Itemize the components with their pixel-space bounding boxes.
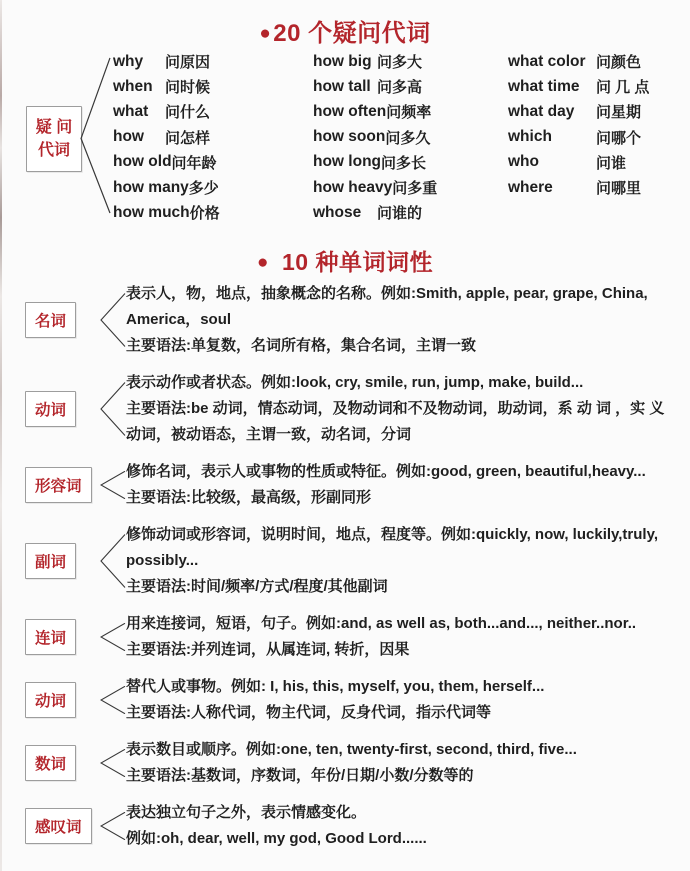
qword-row: how问怎样 bbox=[113, 125, 220, 150]
brace-lines-icon bbox=[100, 382, 126, 436]
pos-item: 感叹词表达独立句子之外，表示情感变化。例如:oh, dear, well, my… bbox=[0, 800, 690, 852]
qword-row: how old问年龄 bbox=[113, 150, 220, 175]
category-label-line1: 疑 问 bbox=[36, 116, 72, 139]
qword-zh: 问谁的 bbox=[377, 202, 422, 223]
qword-column-1: why问原因when问时候what问什么how问怎样how old问年龄how … bbox=[113, 49, 220, 225]
section2-title-text: 10 种单词词性 bbox=[282, 249, 433, 275]
qword-en: how tall bbox=[313, 78, 377, 96]
definition-line: 表示人，物，地点，抽象概念的名称。例如:Smith, apple, pear, … bbox=[126, 281, 690, 307]
definition-line: America，soul bbox=[126, 307, 690, 333]
qword-zh: 问哪里 bbox=[596, 177, 641, 198]
qword-en: which bbox=[508, 128, 596, 146]
grammar-worksheet-page: ●20 个疑问代词 疑 问 代词 why问原因when问时候what问什么how… bbox=[0, 0, 690, 852]
pos-box: 副词 bbox=[25, 543, 76, 579]
qword-zh: 问频率 bbox=[386, 101, 431, 122]
qword-en: what color bbox=[508, 53, 596, 71]
qword-en: when bbox=[113, 78, 165, 96]
bracket-col bbox=[100, 611, 126, 663]
pos-item: 形容词修饰名词，表示人或事物的性质或特征。例如:good, green, bea… bbox=[0, 459, 690, 511]
qword-row: how often问频率 bbox=[313, 99, 437, 124]
qword-zh: 多少 bbox=[189, 177, 219, 198]
pos-label-col: 感叹词 bbox=[0, 808, 100, 844]
qword-row: how long问多长 bbox=[313, 150, 437, 175]
qword-zh: 问谁 bbox=[596, 152, 626, 173]
section2-title: ●10 种单词词性 bbox=[0, 244, 690, 277]
definition-line: 用来连接词，短语，句子。例如:and, as well as, both...a… bbox=[126, 611, 690, 637]
pos-label: 名词 bbox=[35, 313, 66, 330]
qword-zh: 问颜色 bbox=[596, 51, 641, 72]
interrogative-category-box: 疑 问 代词 bbox=[26, 106, 82, 172]
definition-line: 主要语法:并列连词，从属连词, 转折，因果 bbox=[126, 637, 690, 663]
qword-zh: 问原因 bbox=[165, 51, 210, 72]
pos-item: 动词表示动作或者状态。例如:look, cry, smile, run, jum… bbox=[0, 370, 690, 448]
qword-en: how heavy bbox=[313, 179, 392, 197]
brace-lines-icon bbox=[100, 623, 126, 651]
definition-line: 动词，被动语态，主谓一致，动名词，分词 bbox=[126, 422, 690, 448]
qword-en: how often bbox=[313, 103, 386, 121]
definition-line: 主要语法:比较级，最高级，形副同形 bbox=[126, 485, 690, 511]
bracket-col bbox=[100, 522, 126, 600]
category-label-line2: 代词 bbox=[38, 139, 70, 162]
qword-zh: 问多高 bbox=[377, 76, 422, 97]
qword-row: how soon问多久 bbox=[313, 125, 437, 150]
qword-zh: 问多久 bbox=[385, 127, 430, 148]
pos-item: 连词用来连接词，短语，句子。例如:and, as well as, both..… bbox=[0, 611, 690, 663]
pos-box: 感叹词 bbox=[25, 808, 92, 844]
bullet-icon: ● bbox=[257, 252, 269, 274]
pos-text: 表示人，物，地点，抽象概念的名称。例如:Smith, apple, pear, … bbox=[126, 281, 690, 359]
pos-box: 数词 bbox=[25, 745, 76, 781]
qword-zh: 问星期 bbox=[596, 101, 641, 122]
bracket-col bbox=[100, 800, 126, 852]
pos-text: 修饰名词，表示人或事物的性质或特征。例如:good, green, beauti… bbox=[126, 459, 690, 511]
qword-row: whose问谁的 bbox=[313, 200, 437, 225]
qword-zh: 问什么 bbox=[165, 101, 210, 122]
definition-line: 表示数目或顺序。例如:one, ten, twenty-first, secon… bbox=[126, 737, 690, 763]
pos-box: 连词 bbox=[25, 619, 76, 655]
pos-box: 形容词 bbox=[25, 467, 92, 503]
qword-column-3: what color问颜色what time问 几 点what day问星期wh… bbox=[508, 49, 649, 200]
qword-en: how long bbox=[313, 153, 381, 171]
pos-text: 用来连接词，短语，句子。例如:and, as well as, both...a… bbox=[126, 611, 690, 663]
definition-line: 表达独立句子之外，表示情感变化。 bbox=[126, 800, 690, 826]
qword-row: when问时候 bbox=[113, 74, 220, 99]
qword-en: how old bbox=[113, 153, 172, 171]
definition-line: 修饰动词或形容词，说明时间，地点，程度等。例如:quickly, now, lu… bbox=[126, 522, 690, 548]
definition-line: 主要语法:基数词，序数词，年份/日期/小数/分数等的 bbox=[126, 763, 690, 789]
pos-label-col: 动词 bbox=[0, 391, 100, 427]
bracket-col bbox=[100, 281, 126, 359]
pos-label-col: 名词 bbox=[0, 302, 100, 338]
pos-text: 替代人或事物。例如: I, his, this, myself, you, th… bbox=[126, 674, 690, 726]
qword-column-2: how big问多大how tall问多高how often问频率how soo… bbox=[313, 49, 437, 225]
pos-label: 动词 bbox=[35, 402, 66, 419]
pos-box: 动词 bbox=[25, 682, 76, 718]
pos-label-col: 形容词 bbox=[0, 467, 100, 503]
qword-row: what问什么 bbox=[113, 99, 220, 124]
qword-zh: 问哪个 bbox=[596, 127, 641, 148]
pos-item: 动词替代人或事物。例如: I, his, this, myself, you, … bbox=[0, 674, 690, 726]
definition-line: 主要语法:人称代词，物主代词，反身代词，指示代词等 bbox=[126, 700, 690, 726]
bracket-col bbox=[100, 674, 126, 726]
pos-text: 修饰动词或形容词，说明时间，地点，程度等。例如:quickly, now, lu… bbox=[126, 522, 690, 600]
qword-row: how much价格 bbox=[113, 200, 220, 225]
qword-en: who bbox=[508, 153, 596, 171]
bracket-col bbox=[100, 370, 126, 448]
brace-lines-icon bbox=[100, 293, 126, 347]
section-word-classes: ●10 种单词词性 名词表示人，物，地点，抽象概念的名称。例如:Smith, a… bbox=[0, 244, 690, 852]
brace-lines-icon bbox=[100, 471, 126, 499]
qword-row: who问谁 bbox=[508, 150, 649, 175]
qword-row: how heavy问多重 bbox=[313, 175, 437, 200]
qword-zh: 问多重 bbox=[392, 177, 437, 198]
pos-text: 表示动作或者状态。例如:look, cry, smile, run, jump,… bbox=[126, 370, 690, 448]
qword-en: what time bbox=[508, 78, 596, 96]
bracket-col bbox=[100, 459, 126, 511]
qword-zh: 价格 bbox=[190, 202, 220, 223]
definition-line: 主要语法:be 动词，情态动词，及物动词和不及物动词，助动词，系 动 词 ，实 … bbox=[126, 396, 690, 422]
qword-row: what time问 几 点 bbox=[508, 74, 649, 99]
qword-en: why bbox=[113, 53, 165, 71]
definition-line: possibly... bbox=[126, 548, 690, 574]
brace-lines-icon bbox=[100, 534, 126, 588]
qword-en: how many bbox=[113, 179, 189, 197]
definition-line: 例如:oh, dear, well, my god, Good Lord....… bbox=[126, 826, 690, 852]
bullet-icon: ● bbox=[259, 23, 271, 45]
pos-text: 表达独立句子之外，表示情感变化。例如:oh, dear, well, my go… bbox=[126, 800, 690, 852]
qword-row: why问原因 bbox=[113, 49, 220, 74]
pos-box: 名词 bbox=[25, 302, 76, 338]
qword-row: what color问颜色 bbox=[508, 49, 649, 74]
pos-item: 名词表示人，物，地点，抽象概念的名称。例如:Smith, apple, pear… bbox=[0, 281, 690, 359]
pos-label: 数词 bbox=[35, 756, 66, 773]
qword-en: what bbox=[113, 103, 165, 121]
qword-row: how many多少 bbox=[113, 175, 220, 200]
pos-label: 副词 bbox=[35, 554, 66, 571]
qword-zh: 问怎样 bbox=[165, 127, 210, 148]
brace-lines-icon bbox=[100, 812, 126, 840]
definition-line: 替代人或事物。例如: I, his, this, myself, you, th… bbox=[126, 674, 690, 700]
definition-line: 主要语法:时间/频率/方式/程度/其他副词 bbox=[126, 574, 690, 600]
qword-en: whose bbox=[313, 204, 377, 222]
pos-label: 感叹词 bbox=[35, 819, 82, 836]
qword-row: how tall问多高 bbox=[313, 74, 437, 99]
qword-en: how bbox=[113, 128, 165, 146]
pos-item: 副词修饰动词或形容词，说明时间，地点，程度等。例如:quickly, now, … bbox=[0, 522, 690, 600]
pos-box: 动词 bbox=[25, 391, 76, 427]
definition-line: 修饰名词，表示人或事物的性质或特征。例如:good, green, beauti… bbox=[126, 459, 690, 485]
qword-en: where bbox=[508, 179, 596, 197]
qword-row: which问哪个 bbox=[508, 125, 649, 150]
pos-item: 数词表示数目或顺序。例如:one, ten, twenty-first, sec… bbox=[0, 737, 690, 789]
qword-en: how soon bbox=[313, 128, 385, 146]
qword-row: where问哪里 bbox=[508, 175, 649, 200]
section1-title-text: 20 个疑问代词 bbox=[273, 20, 430, 47]
qword-en: how big bbox=[313, 53, 377, 71]
definition-line: 表示动作或者状态。例如:look, cry, smile, run, jump,… bbox=[126, 370, 690, 396]
brace-lines-icon bbox=[80, 57, 111, 214]
pos-label: 动词 bbox=[35, 693, 66, 710]
qword-en: what day bbox=[508, 103, 596, 121]
qword-row: how big问多大 bbox=[313, 49, 437, 74]
bracket-col bbox=[100, 737, 126, 789]
pos-text: 表示数目或顺序。例如:one, ten, twenty-first, secon… bbox=[126, 737, 690, 789]
qword-zh: 问多长 bbox=[381, 152, 426, 173]
pos-label-col: 数词 bbox=[0, 745, 100, 781]
qword-zh: 问多大 bbox=[377, 51, 422, 72]
qword-row: what day问星期 bbox=[508, 99, 649, 124]
qword-zh: 问 几 点 bbox=[596, 76, 649, 97]
section-interrogative-pronouns: ●20 个疑问代词 疑 问 代词 why问原因when问时候what问什么how… bbox=[0, 0, 690, 232]
brace-lines-icon bbox=[100, 749, 126, 777]
pos-items: 名词表示人，物，地点，抽象概念的名称。例如:Smith, apple, pear… bbox=[0, 281, 690, 852]
pos-label-col: 连词 bbox=[0, 619, 100, 655]
pos-label-col: 动词 bbox=[0, 682, 100, 718]
pos-label: 形容词 bbox=[35, 478, 82, 495]
qword-en: how much bbox=[113, 204, 190, 222]
pos-label-col: 副词 bbox=[0, 543, 100, 579]
section1-title: ●20 个疑问代词 bbox=[0, 13, 690, 48]
pos-label: 连词 bbox=[35, 630, 66, 647]
qword-zh: 问时候 bbox=[165, 76, 210, 97]
definition-line: 主要语法:单复数，名词所有格，集合名词，主谓一致 bbox=[126, 333, 690, 359]
brace-lines-icon bbox=[100, 686, 126, 714]
qword-zh: 问年龄 bbox=[172, 152, 217, 173]
